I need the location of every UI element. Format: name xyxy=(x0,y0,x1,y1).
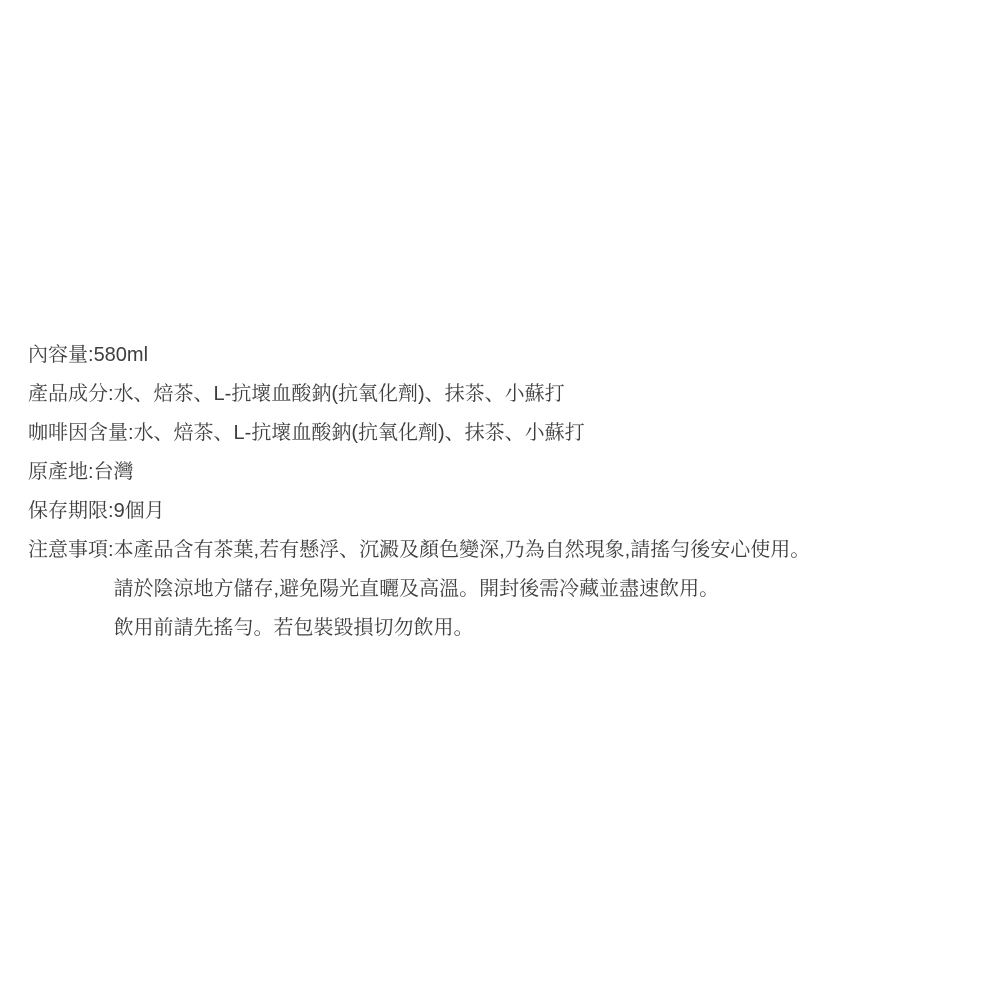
info-label-shelf-life: 保存期限 xyxy=(28,500,108,522)
info-row-ingredients: 產品成分:水、焙茶、L-抗壞血酸鈉(抗氧化劑)、抹茶、小蘇打 xyxy=(28,375,990,414)
precaution-line: 飲用前請先搖勻。若包裝毀損切勿飲用。 xyxy=(114,609,990,648)
product-description-page: 內容量:580ml 產品成分:水、焙茶、L-抗壞血酸鈉(抗氧化劑)、抹茶、小蘇打… xyxy=(0,0,1000,1000)
info-label-capacity: 內容量 xyxy=(28,344,88,366)
product-info-section: 內容量:580ml 產品成分:水、焙茶、L-抗壞血酸鈉(抗氧化劑)、抹茶、小蘇打… xyxy=(28,336,990,648)
precaution-line: 本產品含有茶葉,若有懸浮、沉澱及顏色變深,乃為自然現象,請搖勻後安心使用。 xyxy=(114,531,990,570)
info-row-caffeine: 咖啡因含量:水、焙茶、L-抗壞血酸鈉(抗氧化劑)、抹茶、小蘇打 xyxy=(28,414,990,453)
info-label-caffeine: 咖啡因含量 xyxy=(28,422,128,444)
info-row-precautions: 注意事項: 本產品含有茶葉,若有懸浮、沉澱及顏色變深,乃為自然現象,請搖勻後安心… xyxy=(28,531,990,648)
precaution-line: 請於陰涼地方儲存,避免陽光直曬及高溫。開封後需冷藏並盡速飲用。 xyxy=(114,570,990,609)
precaution-lines: 本產品含有茶葉,若有懸浮、沉澱及顏色變深,乃為自然現象,請搖勻後安心使用。 請於… xyxy=(114,531,990,648)
info-value-capacity: 580ml xyxy=(94,344,148,366)
info-row-capacity: 內容量:580ml xyxy=(28,336,990,375)
info-row-origin: 原產地:台灣 xyxy=(28,453,990,492)
info-value-ingredients: 水、焙茶、L-抗壞血酸鈉(抗氧化劑)、抹茶、小蘇打 xyxy=(114,383,565,405)
info-row-shelf-life: 保存期限:9個月 xyxy=(28,492,990,531)
info-value-origin: 台灣 xyxy=(94,461,134,483)
info-label-origin: 原產地 xyxy=(28,461,88,483)
info-value-shelf-life: 9個月 xyxy=(114,500,165,522)
info-label-ingredients: 產品成分 xyxy=(28,383,108,405)
info-value-caffeine: 水、焙茶、L-抗壞血酸鈉(抗氧化劑)、抹茶、小蘇打 xyxy=(134,422,585,444)
info-label-precautions: 注意事項: xyxy=(28,531,114,570)
